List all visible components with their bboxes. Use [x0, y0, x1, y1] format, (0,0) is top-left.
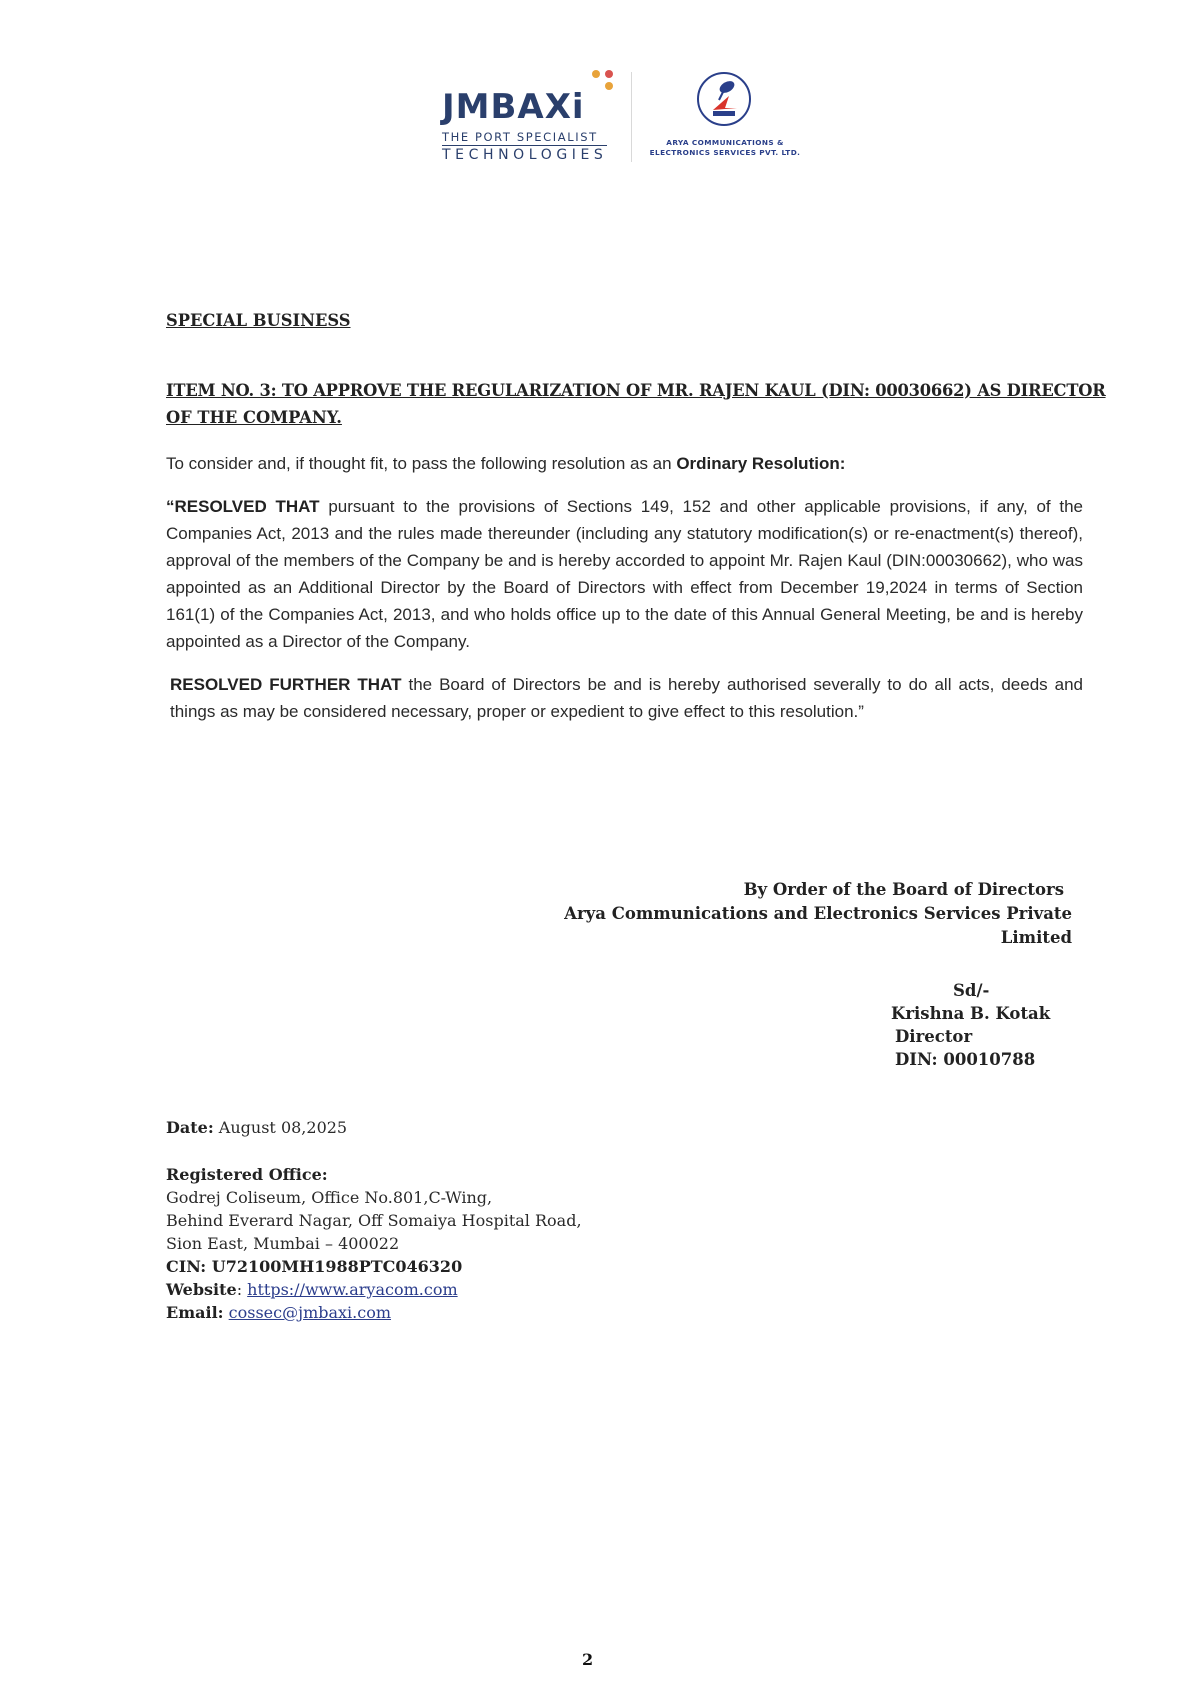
- email-link[interactable]: cossec@jmbaxi.com: [229, 1303, 391, 1322]
- date-label: Date:: [166, 1118, 214, 1137]
- item-title-line-1: ITEM NO. 3: TO APPROVE THE REGULARIZATIO…: [166, 377, 1086, 404]
- date-line: Date: August 08,2025: [166, 1116, 347, 1139]
- resolved-that-label: “RESOLVED THAT: [166, 497, 320, 516]
- email-label: Email:: [166, 1303, 224, 1322]
- logo-dot-icon: [605, 70, 613, 78]
- signatory-din: DIN: 00010788: [895, 1048, 1035, 1071]
- arya-emblem-icon: [697, 72, 751, 126]
- address-line: Behind Everard Nagar, Off Somaiya Hospit…: [166, 1209, 582, 1232]
- satellite-dish-icon: [699, 74, 749, 124]
- intro-text: To consider and, if thought fit, to pass…: [166, 450, 845, 477]
- logo-dot-icon: [605, 82, 613, 90]
- signatory-designation: Director: [895, 1025, 972, 1048]
- jm-baxi-tagline-2: TECHNOLOGIES: [442, 145, 607, 163]
- arya-logo: ARYA COMMUNICATIONS & ELECTRONICS SERVIC…: [640, 72, 810, 164]
- arya-name-line1: ARYA COMMUNICATIONS &: [640, 138, 810, 147]
- signatory-name: Krishna B. Kotak: [891, 1002, 1050, 1025]
- website-line: Website: https://www.aryacom.com: [166, 1278, 582, 1301]
- resolution-body: pursuant to the provisions of Sections 1…: [166, 497, 1083, 651]
- jm-baxi-wordmark: JMBAXi: [442, 90, 585, 124]
- section-title: SPECIAL BUSINESS: [166, 311, 351, 330]
- registered-office-label: Registered Office:: [166, 1165, 328, 1184]
- by-order-line: By Order of the Board of Directors: [500, 878, 1072, 902]
- logo-divider: [631, 72, 632, 162]
- intro-plain: To consider and, if thought fit, to pass…: [166, 454, 676, 473]
- date-value: August 08,2025: [214, 1118, 347, 1137]
- address-line: Godrej Coliseum, Office No.801,C-Wing,: [166, 1186, 582, 1209]
- cin-number: CIN: U72100MH1988PTC046320: [166, 1257, 462, 1276]
- signature-mark: Sd/-: [953, 979, 989, 1002]
- company-name-line: Arya Communications and Electronics Serv…: [500, 902, 1072, 950]
- order-block: By Order of the Board of Directors Arya …: [500, 878, 1072, 950]
- jm-baxi-logo: JMBAXi THE PORT SPECIALIST TECHNOLOGIES: [442, 68, 622, 168]
- resolution-further-paragraph: RESOLVED FURTHER THAT the Board of Direc…: [170, 671, 1083, 725]
- resolution-type: Ordinary Resolution:: [676, 454, 845, 473]
- email-line: Email: cossec@jmbaxi.com: [166, 1301, 582, 1324]
- page-number: 2: [582, 1650, 593, 1669]
- resolved-further-label: RESOLVED FURTHER THAT: [170, 675, 402, 694]
- address-line: Sion East, Mumbai – 400022: [166, 1232, 582, 1255]
- arya-name-line2: ELECTRONICS SERVICES PVT. LTD.: [640, 148, 810, 157]
- item-title-line-2: OF THE COMPANY.: [166, 404, 342, 431]
- jm-baxi-tagline: THE PORT SPECIALIST: [442, 130, 598, 144]
- registered-office-block: Registered Office: Godrej Coliseum, Offi…: [166, 1163, 582, 1324]
- website-link[interactable]: https://www.aryacom.com: [247, 1280, 457, 1299]
- resolution-paragraph: “RESOLVED THAT pursuant to the provision…: [166, 493, 1083, 655]
- website-label: Website: [166, 1280, 237, 1299]
- logo-dot-icon: [592, 70, 600, 78]
